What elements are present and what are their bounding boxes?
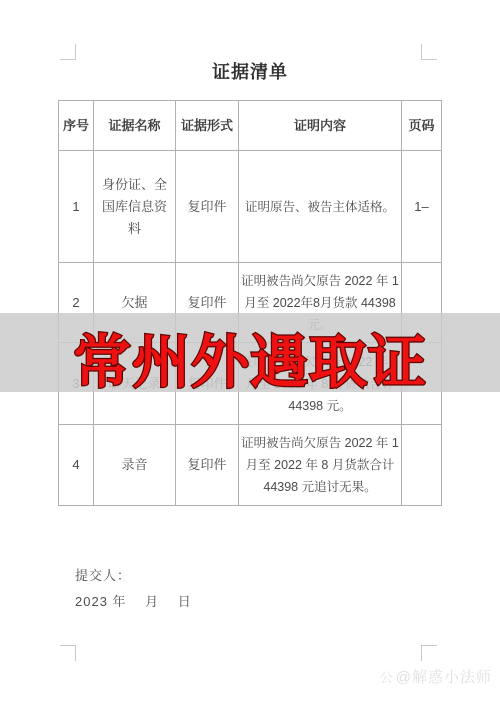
cell-no: 4 xyxy=(59,425,94,506)
cell-page xyxy=(402,425,442,506)
cell-form: 复印件 xyxy=(176,425,239,506)
column-header-no: 序号 xyxy=(59,101,94,151)
cell-no: 1 xyxy=(59,151,94,263)
column-header-form: 证据形式 xyxy=(176,101,239,151)
table-header-row: 序号 证据名称 证据形式 证明内容 页码 xyxy=(59,101,442,151)
submitter-line: 提交人： xyxy=(75,565,131,584)
column-header-name: 证据名称 xyxy=(94,101,176,151)
table-row: 1 身份证、全国库信息资料 复印件 证明原告、被告主体适格。 1– xyxy=(59,151,442,263)
cell-content: 证明原告、被告主体适格。 xyxy=(239,151,402,263)
document-page: 证据清单 序号 证据名称 证据形式 证明内容 页码 1 身份证、全国库信息资料 … xyxy=(0,0,500,704)
table-row: 4 录音 复印件 证明被告尚欠原告 2022 年 1月至 2022 年 8 月货… xyxy=(59,425,442,506)
page-title: 证据清单 xyxy=(0,58,500,84)
credit-text: @解惑小法师 xyxy=(396,666,492,687)
margin-corner-mark-bottom-left xyxy=(60,645,76,661)
cell-form: 复印件 xyxy=(176,151,239,263)
cell-content: 证明被告尚欠原告 2022 年 1月至 2022 年 8 月货款合计 44398… xyxy=(239,425,402,506)
credit-logo-icon: 公 xyxy=(380,667,394,686)
cell-name: 录音 xyxy=(94,425,176,506)
cell-name: 身份证、全国库信息资料 xyxy=(94,151,176,263)
date-line: 2023 年 月 日 xyxy=(75,591,192,610)
column-header-content: 证明内容 xyxy=(239,101,402,151)
evidence-table: 序号 证据名称 证据形式 证明内容 页码 1 身份证、全国库信息资料 复印件 证… xyxy=(58,100,442,506)
column-header-page: 页码 xyxy=(402,101,442,151)
cell-page: 1– xyxy=(402,151,442,263)
overlay-watermark-text: 常州外遇取证 xyxy=(0,313,500,392)
margin-corner-mark-bottom-right xyxy=(421,645,437,661)
credit-watermark: 公 @解惑小法师 xyxy=(380,666,492,687)
